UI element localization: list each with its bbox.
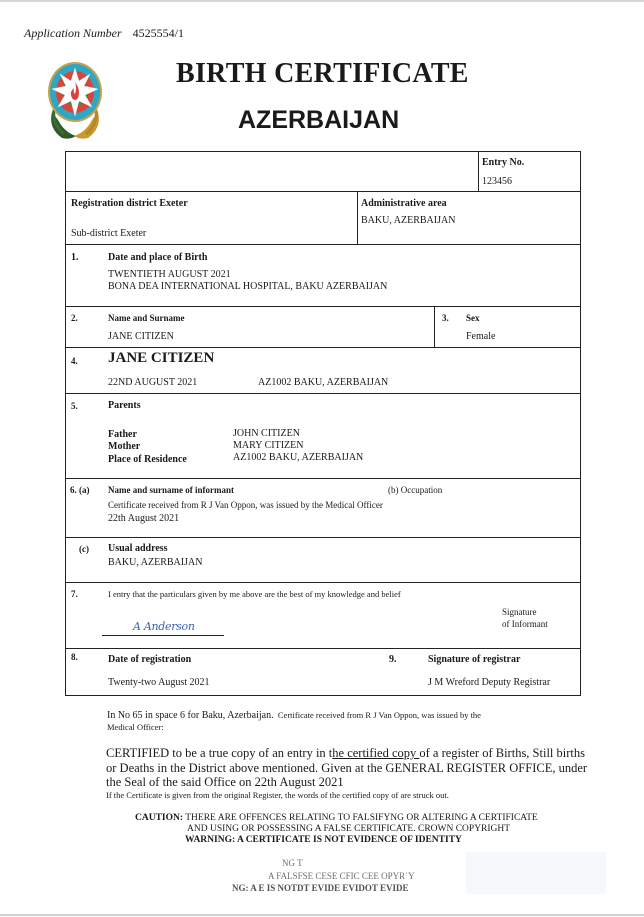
section-9-number: 9. xyxy=(389,654,397,665)
sex-label: Sex xyxy=(466,313,480,323)
birth-date-place-label: Date and place of Birth xyxy=(108,252,207,263)
signature-line xyxy=(102,635,224,636)
footer-note-main: In No 65 in space 6 for Baku, Azerbaijan… xyxy=(107,710,274,721)
column-divider xyxy=(434,306,435,347)
father-label: Father xyxy=(108,429,137,440)
entry-number-value: 123456 xyxy=(482,176,512,187)
sub-district-value: Exeter xyxy=(120,228,146,239)
registrar-signature-value: J M Wreford Deputy Registrar xyxy=(428,677,550,688)
azerbaijan-coat-of-arms-icon xyxy=(46,50,104,140)
caution-label: CAUTION: xyxy=(135,813,183,823)
application-number-value: 4525554/1 xyxy=(133,26,184,40)
row-divider xyxy=(65,393,581,394)
mother-label: Mother xyxy=(108,441,140,452)
section-4-date: 22ND AUGUST 2021 xyxy=(108,377,197,388)
section-5-number: 5. xyxy=(71,401,78,411)
residence-label: Place of Residence xyxy=(108,454,187,465)
section-4-number: 4. xyxy=(71,356,78,366)
top-border xyxy=(0,0,644,2)
row-divider xyxy=(65,306,581,307)
section-6c-number: (c) xyxy=(79,544,89,554)
caution-line-2: AND USING OR POSSESSING A FALSE CERTIFIC… xyxy=(187,824,510,834)
faded-text-line-3: NG: A E IS NOTDT EVIDE EVIDOT EVIDE xyxy=(232,883,408,893)
mother-value: MARY CITIZEN xyxy=(233,440,303,451)
administrative-area-value: BAKU, AZERBAIJAN xyxy=(361,215,455,226)
faded-overlay xyxy=(466,852,606,894)
footer-note-detail: Certificate received from R J Van Oppon,… xyxy=(278,710,481,720)
row-divider xyxy=(65,537,581,538)
row-divider xyxy=(65,478,581,479)
registration-district-value: Exeter xyxy=(159,198,187,209)
faded-text-line-2: A FALSFSE CESE CFIC CEE OPYRʿY xyxy=(268,871,415,881)
certified-text: of a register of Births, Still births xyxy=(419,746,585,760)
section-3-number: 3. xyxy=(442,313,449,323)
entry-number-label: Entry No. xyxy=(482,157,524,168)
informant-statement: I entry that the particulars given by me… xyxy=(108,589,401,599)
informant-name-label: Name and surname of informant xyxy=(108,485,234,495)
registration-date-label: Date of registration xyxy=(108,654,191,665)
certified-text: CERTIFIED to be a true copy of an entry … xyxy=(106,746,332,760)
column-divider xyxy=(478,151,479,191)
certified-line-2: or Deaths in the District above mentione… xyxy=(106,761,587,776)
application-number: Application Number 4525554/1 xyxy=(24,26,184,41)
informant-line-2: 22th August 2021 xyxy=(108,513,179,524)
name-surname-value: JANE CITIZEN xyxy=(108,331,174,342)
section-8-number: 8. xyxy=(71,652,78,662)
residence-value: AZ1002 BAKU, AZERBAIJAN xyxy=(233,452,363,463)
row-divider xyxy=(65,648,581,649)
informant-signature: A Anderson xyxy=(133,620,195,633)
signature-label-line-1: Signature xyxy=(502,607,537,617)
footer-note: In No 65 in space 6 for Baku, Azerbaijan… xyxy=(107,710,481,721)
row-divider xyxy=(65,582,581,583)
section-4-address: AZ1002 BAKU, AZERBAIJAN xyxy=(258,377,388,388)
child-full-name: JANE CITIZEN xyxy=(108,350,214,367)
administrative-area-label: Administrative area xyxy=(361,198,447,209)
column-divider xyxy=(357,191,358,244)
father-value: JOHN CITIZEN xyxy=(233,428,300,439)
warning-line: WARNING: A CERTIFICATE IS NOT EVIDENCE O… xyxy=(185,835,462,845)
section-2-number: 2. xyxy=(71,313,78,323)
birth-date: TWENTIETH AUGUST 2021 xyxy=(108,269,231,280)
section-6a-number: 6. (a) xyxy=(70,485,90,495)
signature-label-line-2: of Informant xyxy=(502,619,548,629)
informant-line-1: Certificate received from R J Van Oppon,… xyxy=(108,500,383,510)
name-surname-label: Name and Surname xyxy=(108,313,185,323)
sex-value: Female xyxy=(466,331,495,342)
certified-line-3: the Seal of the said Office on 22th Augu… xyxy=(106,775,344,790)
usual-address-label: Usual address xyxy=(108,543,168,554)
faded-text-line-1: NG T xyxy=(282,858,303,868)
parents-label: Parents xyxy=(108,400,141,411)
sub-district: Sub-district Exeter xyxy=(71,228,146,239)
document-title: BIRTH CERTIFICATE xyxy=(176,58,469,90)
footer-note-line-2: Medical Officer: xyxy=(107,722,164,732)
registrar-signature-label: Signature of registrar xyxy=(428,654,520,665)
registration-date-value: Twenty-two August 2021 xyxy=(108,677,210,688)
sub-district-label: Sub-district xyxy=(71,228,118,239)
birth-place: BONA DEA INTERNATIONAL HOSPITAL, BAKU AZ… xyxy=(108,281,387,292)
bottom-border xyxy=(0,914,644,916)
struck-out-note: If the Certificate is given from the ori… xyxy=(106,790,449,800)
certified-line-1: CERTIFIED to be a true copy of an entry … xyxy=(106,746,585,761)
usual-address-value: BAKU, AZERBAIJAN xyxy=(108,557,202,568)
row-divider xyxy=(65,191,581,192)
caution-text: THERE ARE OFFENCES RELATING TO FALSIFYNG… xyxy=(185,813,537,823)
occupation-label: (b) Occupation xyxy=(388,485,442,495)
caution-line-1: CAUTION: THERE ARE OFFENCES RELATING TO … xyxy=(135,813,538,823)
certified-copy-underlined: he certified copy xyxy=(332,746,419,760)
row-divider xyxy=(65,347,581,348)
application-number-label: Application Number xyxy=(24,26,122,40)
registration-district-label: Registration district xyxy=(71,198,157,209)
section-1-number: 1. xyxy=(71,252,79,263)
document-country: AZERBAIJAN xyxy=(238,106,399,135)
row-divider xyxy=(65,244,581,245)
registration-district: Registration district Exeter xyxy=(71,198,188,209)
section-7-number: 7. xyxy=(71,589,78,599)
